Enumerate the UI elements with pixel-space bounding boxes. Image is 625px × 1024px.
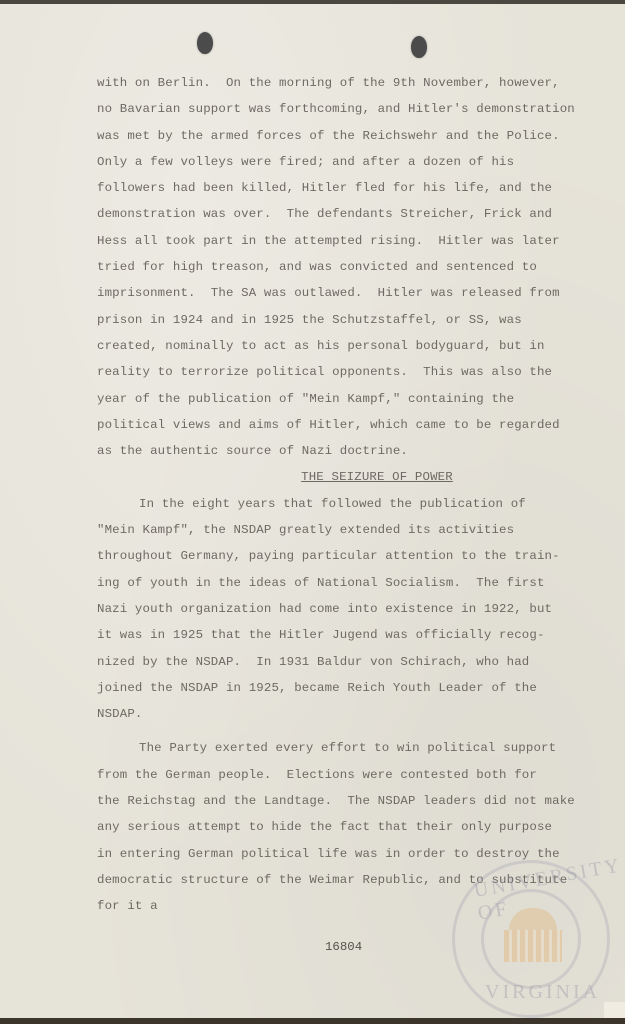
rotunda-columns-icon: [504, 930, 562, 962]
seal-text-bottom: VIRGINIA: [485, 981, 600, 1004]
typewritten-text: with on Berlin. On the morning of the 9t…: [97, 70, 597, 920]
seal-inner-ring: [481, 889, 581, 989]
text-line: nized by the NSDAP. In 1931 Baldur von S…: [97, 649, 597, 675]
scanner-bottom-edge: [0, 1018, 625, 1024]
text-line: it was in 1925 that the Hitler Jugend wa…: [97, 622, 597, 648]
text-line: NSDAP.: [97, 701, 597, 727]
text-line: as the authentic source of Nazi doctrine…: [97, 438, 597, 464]
text-line: reality to terrorize political opponents…: [97, 359, 597, 385]
punch-hole-right: [411, 36, 427, 58]
text-line: joined the NSDAP in 1925, became Reich Y…: [97, 675, 597, 701]
university-seal-watermark: UNIVERSITY OF VIRGINIA: [452, 860, 610, 1018]
text-line: the Reichstag and the Landtage. The NSDA…: [97, 788, 597, 814]
page-number: 16804: [325, 940, 362, 954]
document-page: with on Berlin. On the morning of the 9t…: [0, 4, 625, 1018]
text-line: with on Berlin. On the morning of the 9t…: [97, 70, 597, 96]
text-line: political views and aims of Hitler, whic…: [97, 412, 597, 438]
text-line: from the German people. Elections were c…: [97, 762, 597, 788]
text-line: any serious attempt to hide the fact tha…: [97, 814, 597, 840]
text-line: was met by the armed forces of the Reich…: [97, 123, 597, 149]
text-line: ing of youth in the ideas of National So…: [97, 570, 597, 596]
text-line: throughout Germany, paying particular at…: [97, 543, 597, 569]
punch-hole-left: [197, 32, 213, 54]
text-line: tried for high treason, and was convicte…: [97, 254, 597, 280]
section-heading: THE SEIZURE OF POWER: [97, 464, 597, 490]
rotunda-dome-icon: [509, 908, 557, 930]
text-line: In the eight years that followed the pub…: [97, 491, 597, 517]
text-line: Hess all took part in the attempted risi…: [97, 228, 597, 254]
text-line: no Bavarian support was forthcoming, and…: [97, 96, 597, 122]
text-line: Nazi youth organization had come into ex…: [97, 596, 597, 622]
text-line: imprisonment. The SA was outlawed. Hitle…: [97, 280, 597, 306]
text-line: created, nominally to act as his persona…: [97, 333, 597, 359]
text-line: "Mein Kampf", the NSDAP greatly extended…: [97, 517, 597, 543]
text-line: The Party exerted every effort to win po…: [97, 735, 597, 761]
text-line: demonstration was over. The defendants S…: [97, 201, 597, 227]
text-line: followers had been killed, Hitler fled f…: [97, 175, 597, 201]
text-line: year of the publication of "Mein Kampf,"…: [97, 386, 597, 412]
text-line: prison in 1924 and in 1925 the Schutzsta…: [97, 307, 597, 333]
text-line: Only a few volleys were fired; and after…: [97, 149, 597, 175]
